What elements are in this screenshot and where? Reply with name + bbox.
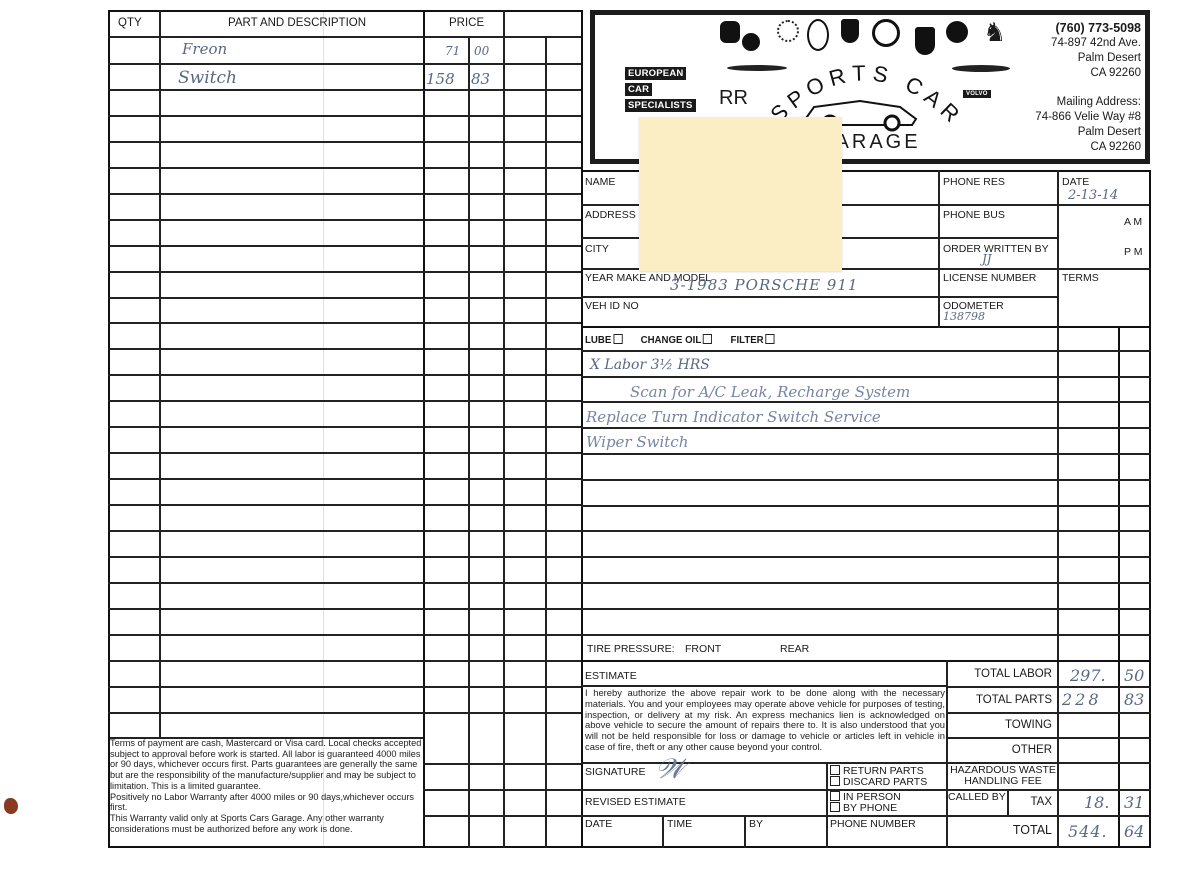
filter-checkbox[interactable] — [765, 334, 774, 344]
service-note-1[interactable]: X Labor 3½ HRS — [590, 357, 710, 373]
service-note-3[interactable]: Replace Turn Indicator Switch Service — [586, 408, 881, 426]
shop-street: 74-897 42nd Ave. — [1035, 36, 1141, 51]
parts-table-row-line — [108, 452, 581, 454]
parts-table-row-line — [108, 348, 581, 350]
phone-number-label: PHONE NUMBER — [830, 818, 916, 830]
mailing-street: 74-866 Velie Way #8 — [1035, 110, 1141, 125]
tax-dollars[interactable]: 18. — [1084, 793, 1109, 812]
badge-car: CAR — [625, 83, 652, 96]
parts-table-row-line — [108, 271, 581, 273]
parts-table-row-line — [108, 634, 581, 636]
am-label: A M — [1124, 216, 1142, 228]
license-number-label: LICENSE NUMBER — [943, 272, 1036, 284]
parts-table-row-line — [423, 789, 581, 791]
service-row-line — [581, 505, 1151, 507]
service-note-2[interactable]: Scan for A/C Leak, Recharge System — [630, 383, 910, 401]
change-oil-label: CHANGE OIL — [641, 334, 702, 346]
terms-paragraph-3: This Warranty valid only at Sports Cars … — [110, 813, 422, 834]
terms-label: TERMS — [1062, 272, 1099, 284]
authorization-text: I hereby authorize the above repair work… — [585, 688, 945, 753]
shop-city: Palm Desert — [1035, 51, 1141, 66]
lube-label: LUBE — [585, 334, 611, 346]
estimate-by-label: BY — [749, 818, 763, 830]
shop-phone: (760) 773-5098 — [1035, 21, 1141, 36]
total-labor-label: TOTAL LABOR — [950, 668, 1052, 680]
parts-table-row-line — [108, 322, 581, 324]
badge-european: EUROPEAN — [625, 67, 686, 80]
part-price-dollars-2[interactable]: 158 — [426, 70, 455, 88]
estimate-label: ESTIMATE — [585, 670, 637, 682]
ferrari-emblem-icon: ♞ — [983, 19, 1006, 45]
mailing-label: Mailing Address: — [1035, 95, 1141, 110]
by-phone-option[interactable]: BY PHONE — [830, 802, 897, 814]
shop-state-zip: CA 92260 — [1035, 66, 1141, 81]
part-description-2[interactable]: Switch — [178, 68, 237, 88]
service-row-line — [581, 376, 1151, 378]
parts-table-row-line — [108, 167, 581, 169]
total-labor-dollars[interactable]: 297. — [1070, 666, 1106, 685]
parts-table-row-line — [108, 141, 581, 143]
service-row-line — [581, 479, 1151, 481]
mailing-city: Palm Desert — [1035, 125, 1141, 140]
tire-pressure-label: TIRE PRESSURE: — [587, 643, 675, 655]
odometer-value[interactable]: 138798 — [943, 310, 985, 323]
parts-table-row-line — [108, 297, 581, 299]
date-value[interactable]: 2-13-14 — [1068, 188, 1118, 203]
tire-rear-label: REAR — [780, 643, 809, 655]
vehicle-id-label: VEH ID NO — [585, 300, 639, 312]
parts-table-row-line — [108, 89, 581, 91]
service-row-line — [581, 350, 1151, 352]
service-row-line — [581, 634, 1151, 636]
name-label: NAME — [585, 176, 615, 188]
service-note-4[interactable]: Wiper Switch — [586, 433, 688, 451]
revised-estimate-label: REVISED ESTIMATE — [585, 796, 686, 808]
parts-table-row-line — [423, 763, 581, 765]
total-dollars[interactable]: 544. — [1068, 822, 1108, 841]
by-phone-checkbox[interactable] — [830, 802, 840, 812]
parts-table-row-line — [108, 608, 581, 610]
return-parts-checkbox[interactable] — [830, 765, 840, 775]
parts-table-row-line — [108, 530, 581, 532]
mg-emblem-icon — [720, 21, 740, 43]
service-row-line — [581, 556, 1151, 558]
paper-stain — [4, 798, 18, 814]
towing-label: TOWING — [950, 719, 1052, 731]
tax-cents[interactable]: 31 — [1124, 793, 1144, 812]
lube-checkbox[interactable] — [613, 334, 622, 344]
customer-signature[interactable]: 𝒲 — [655, 752, 684, 786]
parts-table-row-line — [108, 686, 581, 688]
part-price-dollars-1[interactable]: 71 — [445, 44, 460, 58]
porsche-emblem-icon — [841, 19, 859, 43]
parts-table-row-line — [108, 36, 581, 38]
part-description-1[interactable]: Freon — [182, 40, 227, 58]
rr-mark: RR — [719, 87, 748, 110]
parts-table-row-line — [108, 63, 581, 65]
terms-paragraph-2: Positively no Labor Warranty after 4000 … — [110, 792, 422, 813]
signature-label: SIGNATURE — [585, 766, 645, 778]
tire-front-label: FRONT — [685, 643, 721, 655]
in-person-checkbox[interactable] — [830, 791, 840, 801]
total-parts-label: TOTAL PARTS — [950, 694, 1052, 706]
total-label: TOTAL — [990, 823, 1052, 837]
parts-table-row-line — [108, 660, 581, 662]
badge-specialists: SPECIALISTS — [625, 99, 696, 112]
parts-table-row-line — [108, 219, 581, 221]
parts-table-row-line — [108, 478, 581, 480]
parts-table-row-line — [108, 115, 581, 117]
tax-label: TAX — [1010, 796, 1052, 808]
sticky-note-redaction — [639, 117, 842, 271]
parts-table-row-line — [108, 582, 581, 584]
description-header: PART AND DESCRIPTION — [228, 17, 366, 29]
phone-res-label: PHONE RES — [943, 176, 1005, 188]
service-checkboxes: LUBE CHANGE OIL FILTER — [585, 334, 775, 346]
shop-address-block: (760) 773-5098 74-897 42nd Ave. Palm Des… — [1035, 21, 1141, 155]
filter-label: FILTER — [731, 334, 764, 346]
parts-table-row-line — [108, 193, 581, 195]
parts-table-row-line — [108, 374, 581, 376]
service-row-line — [581, 582, 1151, 584]
total-parts-cents[interactable]: 83 — [1124, 690, 1144, 709]
part-price-cents-2[interactable]: 83 — [471, 70, 490, 88]
triumph-emblem-icon — [777, 20, 799, 42]
hazardous-waste-label: HAZARDOUS WASTE HANDLING FEE — [950, 765, 1056, 787]
pm-label: P M — [1124, 246, 1142, 258]
payment-terms: Terms of payment are cash, Mastercard or… — [110, 738, 422, 834]
parts-table-row-line — [108, 400, 581, 402]
part-price-cents-1[interactable]: 00 — [474, 44, 489, 58]
price-header: PRICE — [449, 17, 484, 29]
date-label: DATE — [1062, 176, 1089, 188]
mailing-state-zip: CA 92260 — [1035, 140, 1141, 155]
total-labor-cents[interactable]: 50 — [1124, 666, 1144, 685]
called-by-label: CALLED BY — [948, 791, 1006, 803]
year-make-model-value[interactable]: 3-1983 PORSCHE 911 — [670, 276, 858, 294]
other-label: OTHER — [950, 744, 1052, 756]
terms-paragraph-1: Terms of payment are cash, Mastercard or… — [110, 738, 422, 792]
discard-parts-option[interactable]: DISCARD PARTS — [830, 776, 927, 788]
order-written-by-value[interactable]: JJ — [982, 252, 992, 266]
change-oil-checkbox[interactable] — [703, 334, 712, 344]
parts-table-row-line — [108, 504, 581, 506]
total-cents[interactable]: 64 — [1124, 822, 1144, 841]
city-label: CITY — [585, 243, 609, 255]
parts-table-row-line — [108, 426, 581, 428]
service-row-line — [581, 530, 1151, 532]
address-label: ADDRESS — [585, 209, 636, 221]
service-row-line — [581, 427, 1151, 429]
qty-header: QTY — [118, 17, 142, 29]
parts-table-row-line — [108, 556, 581, 558]
service-row-line — [581, 453, 1151, 455]
order-written-by-label: ORDER WRITTEN BY — [943, 243, 1049, 255]
phone-bus-label: PHONE BUS — [943, 209, 1005, 221]
parts-table-row-line — [108, 712, 581, 714]
service-row-line — [581, 401, 1151, 403]
discard-parts-checkbox[interactable] — [830, 776, 840, 786]
estimate-time-label: TIME — [667, 818, 692, 830]
parts-table-row-line — [108, 245, 581, 247]
service-row-line — [581, 608, 1151, 610]
estimate-date-label: DATE — [585, 818, 612, 830]
alfa-emblem-icon — [946, 21, 968, 43]
parts-table-row-line — [423, 815, 581, 817]
total-parts-dollars[interactable]: 228 — [1062, 690, 1102, 709]
